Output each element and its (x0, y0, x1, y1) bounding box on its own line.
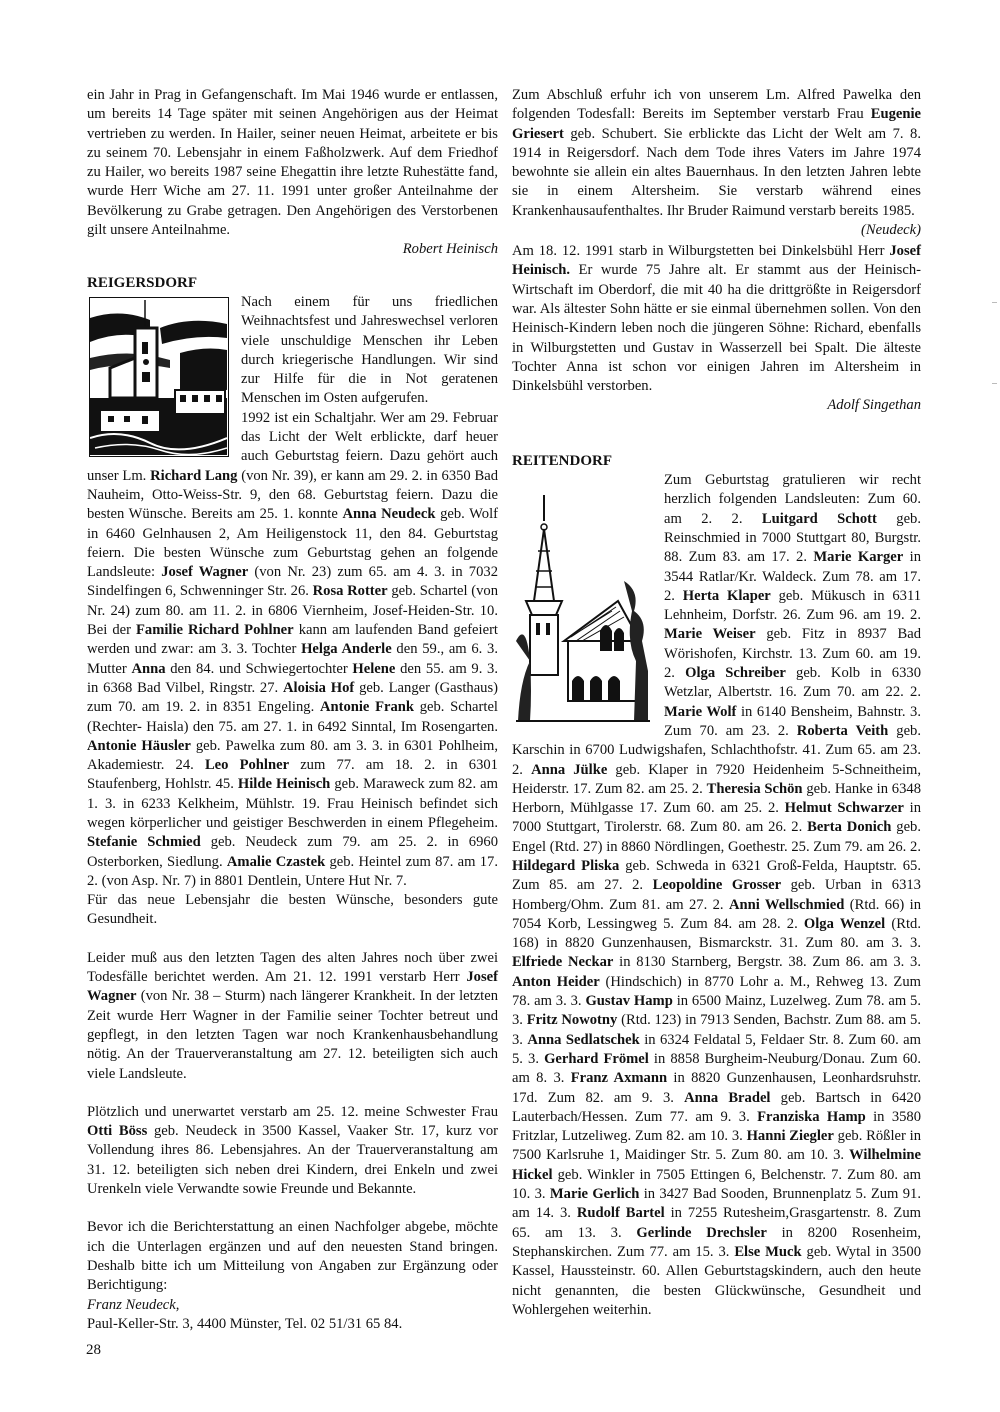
person-name: Anna Jülke (531, 762, 607, 778)
person-name: Helmut Schwarzer (785, 800, 904, 816)
person-name: Wilhelmine Hickel (512, 1147, 921, 1182)
intro-paragraph: ein Jahr in Prag in Gefangenschaft. Im M… (87, 86, 498, 240)
person-name: Rosa Rotter (313, 583, 388, 599)
person-name: Franziska Hamp (757, 1109, 866, 1125)
contact-name: Franz Neudeck, (87, 1296, 498, 1315)
scan-mark (992, 302, 997, 303)
person-name: Gustav Hamp (585, 993, 672, 1009)
intro-signature: Robert Heinisch (87, 240, 498, 259)
person-name: Amalie Czastek (227, 854, 325, 870)
scan-mark (992, 383, 997, 384)
reigersdorf-birthdays: 1992 ist ein Schaltjahr. Wer am 29. Febr… (87, 409, 498, 891)
left-column: ein Jahr in Prag in Gefangenschaft. Im M… (87, 86, 498, 1334)
request-for-information: Bevor ich die Berichterstattung an einen… (87, 1218, 498, 1295)
church-drawing-icon (516, 491, 650, 723)
person-name: Marie Gerlich (550, 1186, 639, 1202)
person-name: Josef Heinisch. (512, 243, 921, 278)
page-number: 28 (86, 1342, 101, 1359)
person-name: Leopoldine Grosser (653, 877, 781, 893)
person-name: Anna (131, 661, 165, 677)
person-name: Rudolf Bartel (577, 1205, 665, 1221)
person-name: Otti Böss (87, 1123, 147, 1139)
person-name: Hilde Heinisch (238, 776, 330, 792)
person-name: Josef Wagner (87, 969, 498, 1004)
person-name: Olga Schreiber (685, 665, 786, 681)
person-name: Aloisia Hof (283, 680, 354, 696)
person-name: Anni Wellschmied (729, 897, 844, 913)
person-name: Hanni Ziegler (747, 1128, 834, 1144)
person-name: Else Muck (734, 1244, 801, 1260)
person-name: Gerlinde Drechsler (636, 1225, 766, 1241)
person-name: Antonie Häusler (87, 738, 191, 754)
village-woodcut-icon (90, 298, 227, 455)
person-name: Roberta Veith (797, 723, 889, 739)
section-heading-reigersdorf: REIGERSDORF (87, 274, 498, 293)
person-name: Fritz Nowotny (527, 1012, 618, 1028)
person-name: Anna Bradel (684, 1090, 770, 1106)
person-name: Luitgard Schott (762, 511, 877, 527)
person-name: Marie Karger (813, 549, 903, 565)
person-name: Familie Richard Pohlner (136, 622, 294, 638)
village-church-illustration (89, 297, 229, 457)
obituary-heinisch-signature: Adolf Singethan (512, 396, 921, 415)
obituary-griesert-text: Zum Abschluß erfuhr ich von unserem Lm. … (512, 87, 921, 219)
person-name: Helga Anderle (301, 641, 392, 657)
person-name: Richard Lang (150, 468, 237, 484)
person-name: Marie Wolf (664, 704, 736, 720)
person-name: Gerhard Frömel (544, 1051, 649, 1067)
reigersdorf-wishes: Für das neue Lebensjahr die besten Wünsc… (87, 891, 498, 930)
gothic-church-illustration (516, 491, 650, 723)
person-name: Theresia Schön (707, 781, 803, 797)
obituary-griesert: Zum Abschluß erfuhr ich von unserem Lm. … (512, 86, 921, 221)
person-name: Elfriede Neckar (512, 954, 613, 970)
person-name: Josef Wagner (161, 564, 248, 580)
person-name: Hildegard Pliska (512, 858, 619, 874)
person-name: Franz Axmann (571, 1070, 667, 1086)
person-name: Olga Wenzel (804, 916, 885, 932)
person-name: Anton Heider (512, 974, 600, 990)
person-name: Herta Klaper (683, 588, 771, 604)
person-name: Anna Neudeck (342, 506, 435, 522)
obituary-griesert-source: (Neudeck) (861, 221, 921, 240)
right-column: Zum Abschluß erfuhr ich von unserem Lm. … (512, 86, 921, 1320)
person-name: Antonie Frank (320, 699, 414, 715)
person-name: Helene (352, 661, 395, 677)
person-name: Stefanie Schmied (87, 834, 201, 850)
person-name: Leo Pohlner (205, 757, 289, 773)
reigersdorf-obituary-boess: Plötzlich und unerwartet verstarb am 25.… (87, 1103, 498, 1199)
reigersdorf-obituary-wagner: Leider muß aus den letzten Tagen des alt… (87, 949, 498, 1084)
person-name: Marie Weiser (664, 626, 756, 642)
contact-address: Paul-Keller-Str. 3, 4400 Münster, Tel. 0… (87, 1315, 498, 1334)
person-name: Anna Sedlatschek (527, 1032, 639, 1048)
person-name: Eugenie Griesert (512, 106, 921, 141)
obituary-josef-heinisch: Am 18. 12. 1991 starb in Wilburgstetten … (512, 242, 921, 396)
person-name: Berta Donich (807, 819, 891, 835)
section-heading-reitendorf: REITENDORF (512, 452, 921, 471)
